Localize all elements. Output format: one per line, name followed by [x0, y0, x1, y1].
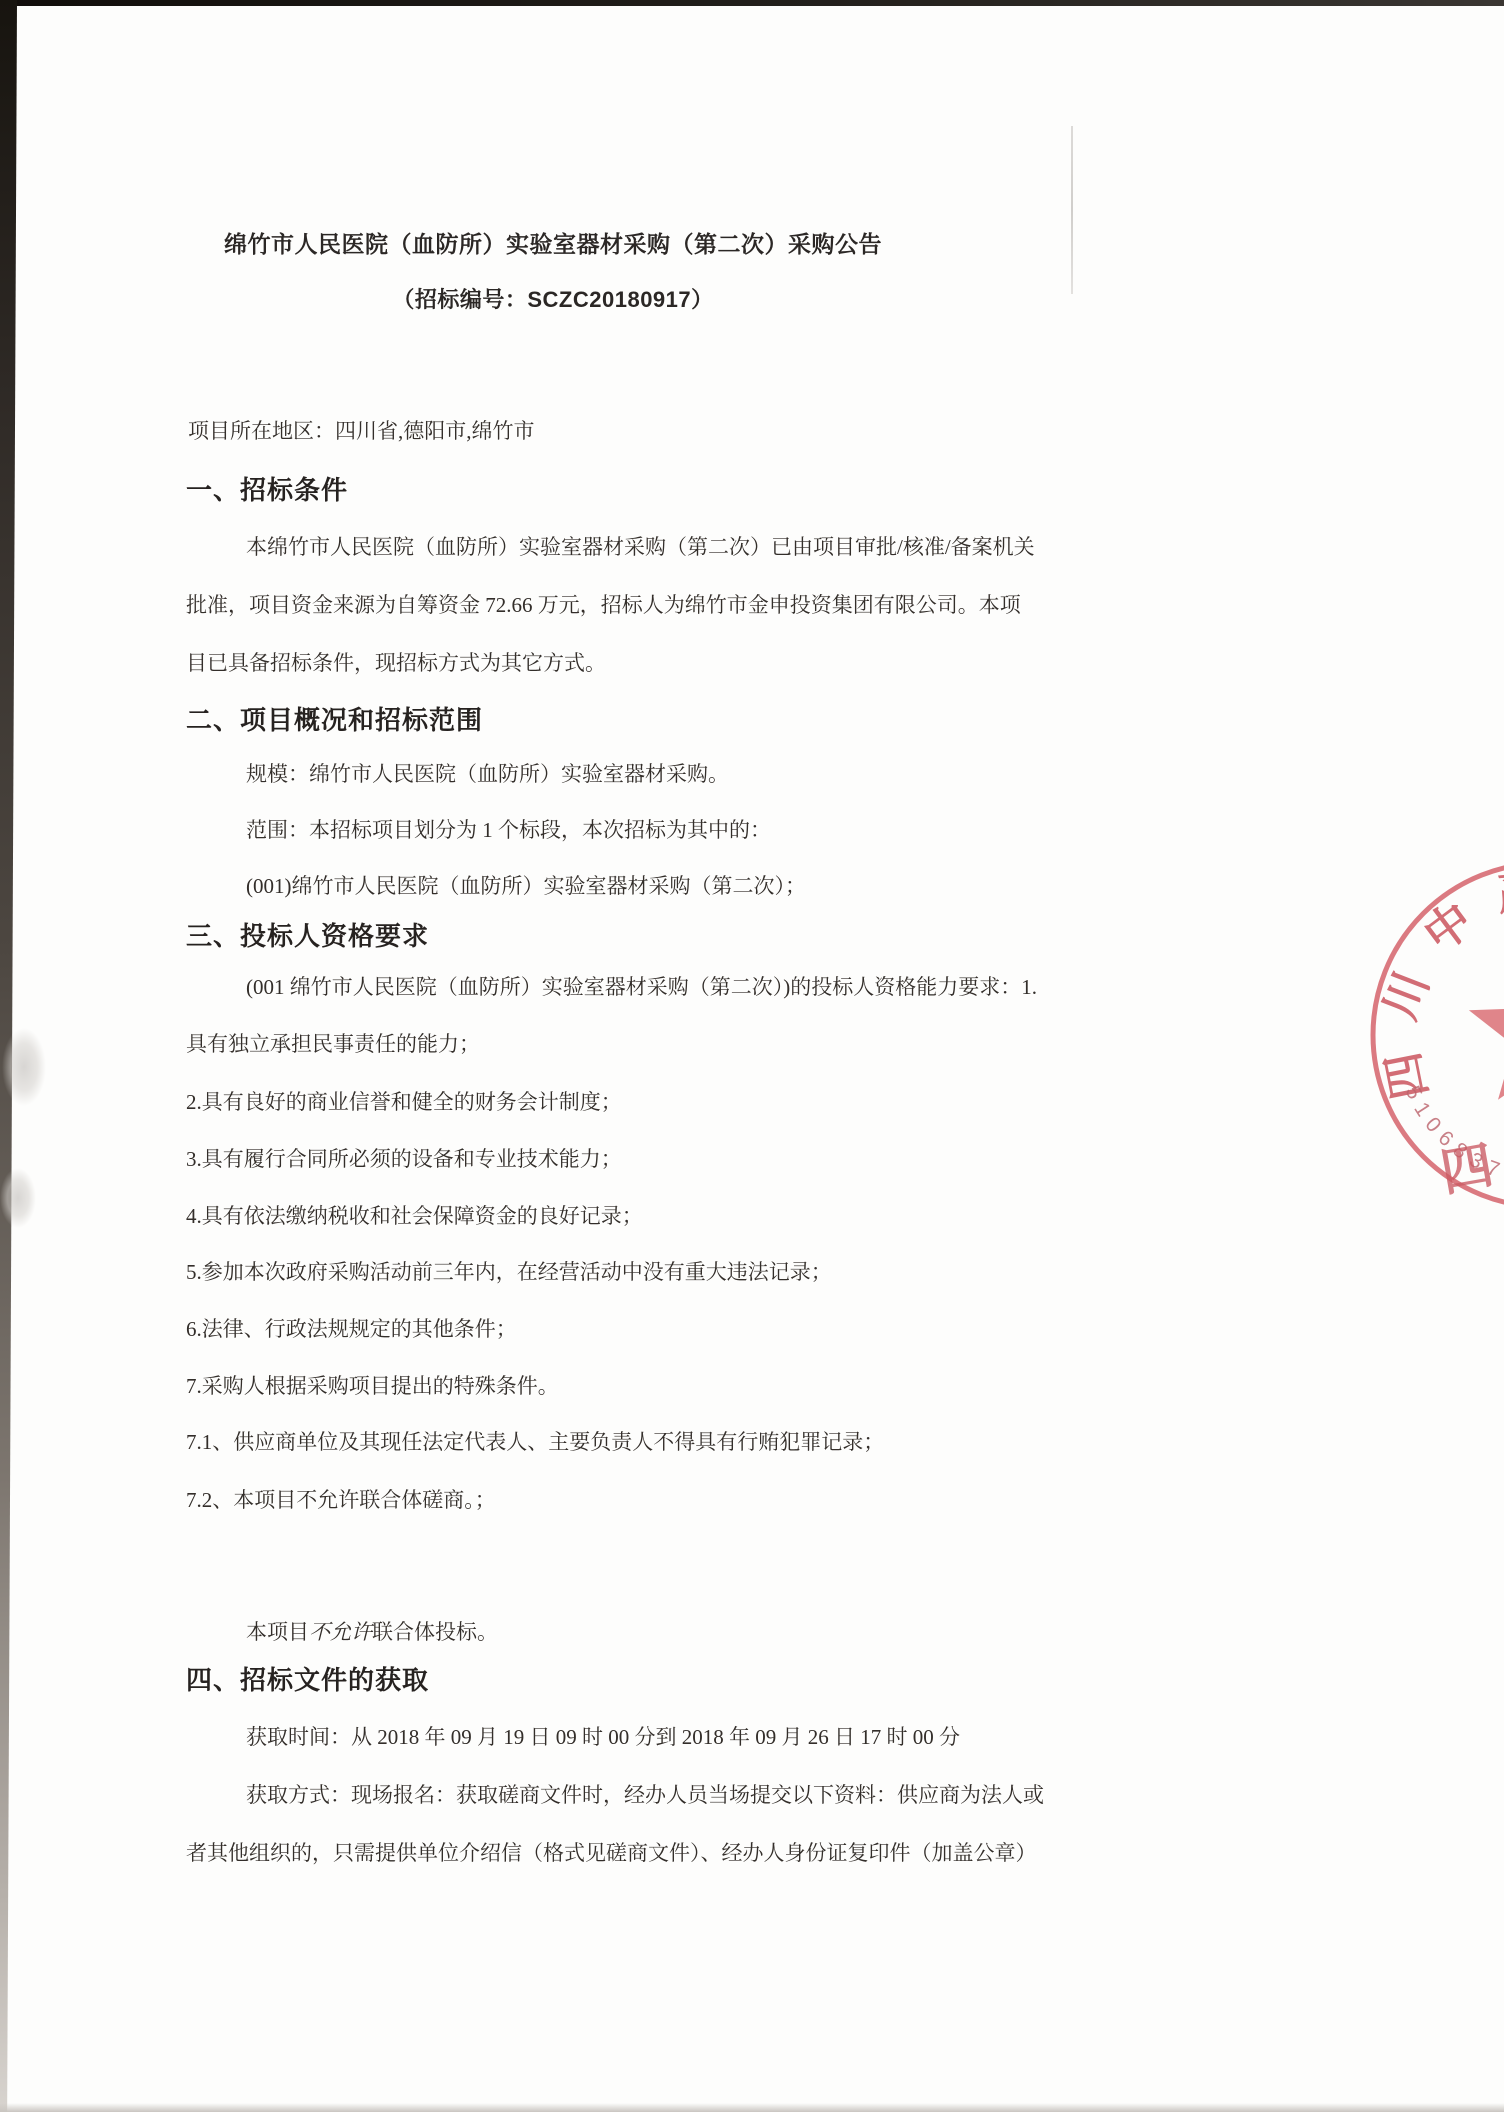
obtain-method-line2: 者其他组织的，只需提供单位介绍信（格式见磋商文件）、经办人身份证复印件（加盖公章…	[186, 1836, 1037, 1870]
section2-lot-line: (001)绵竹市人民医院（血防所）实验室器材采购（第二次）；	[246, 869, 806, 903]
jv-suffix: 联合体投标。	[372, 1620, 498, 1644]
obtain-method-line1: 获取方式：现场报名：获取磋商文件时，经办人员当场提交以下资料：供应商为法人或	[246, 1778, 1044, 1812]
qualification-item: 7.采购人根据采购项目提出的特殊条件。	[186, 1369, 559, 1403]
scan-smudge	[0, 1168, 36, 1228]
obtain-time-line: 获取时间：从 2018 年 09 月 19 日 09 时 00 分到 2018 …	[246, 1720, 960, 1754]
section2-scope-line: 范围：本招标项目划分为 1 个标段，本次招标为其中的：	[246, 813, 771, 847]
stamp-star-icon	[1469, 955, 1504, 1100]
scanned-document-page: 绵竹市人民医院（血防所）实验室器材采购（第二次）采购公告 （招标编号：SCZC2…	[0, 0, 1504, 2112]
section2-scale-line: 规模：绵竹市人民医院（血防所）实验室器材采购。	[246, 757, 729, 791]
section1-line2: 批准，项目资金来源为自筹资金 72.66 万元，招标人为绵竹市金申投资集团有限公…	[186, 588, 1021, 622]
qualification-item: 6.法律、行政法规规定的其他条件；	[186, 1312, 517, 1346]
jv-prefix: 本项目	[246, 1620, 309, 1644]
qualification-intro-line2: 具有独立承担民事责任的能力；	[186, 1027, 480, 1061]
joint-venture-note: 本项目不允许联合体投标。	[246, 1615, 498, 1649]
doc-subtitle-tender-number: （招标编号：SCZC20180917）	[0, 283, 1106, 314]
qualification-item: 7.2、本项目不允许联合体磋商。；	[186, 1483, 496, 1517]
section1-heading: 一、招标条件	[186, 472, 348, 508]
scan-edge-top	[0, 0, 1504, 6]
section1-line3: 目已具备招标条件，现招标方式为其它方式。	[186, 646, 606, 680]
section4-heading: 四、招标文件的获取	[186, 1662, 429, 1698]
doc-title: 绵竹市人民医院（血防所）实验室器材采购（第二次）采购公告	[0, 226, 1106, 259]
scan-edge-bottom	[0, 2103, 1504, 2112]
scan-smudge	[2, 1028, 46, 1106]
section2-heading: 二、项目概况和招标范围	[186, 702, 483, 738]
stamp-partial-character: 四	[1436, 1137, 1497, 1203]
qualification-item: 4.具有依法缴纳税收和社会保障资金的良好记录；	[186, 1199, 643, 1233]
paper-crease	[1071, 126, 1073, 294]
qualification-item: 5.参加本次政府采购活动前三年内，在经营活动中没有重大违法记录；	[186, 1255, 832, 1289]
qualification-intro-line1: (001 绵竹市人民医院（血防所）实验室器材采购（第二次）)的投标人资格能力要求…	[246, 970, 1037, 1004]
project-location-line: 项目所在地区：四川省,德阳市,绵竹市	[188, 414, 535, 448]
section3-heading: 三、投标人资格要求	[186, 918, 429, 954]
qualification-item: 2.具有良好的商业信誉和健全的财务会计制度；	[186, 1085, 622, 1119]
section1-line1: 本绵竹市人民医院（血防所）实验室器材采购（第二次）已由项目审批/核准/备案机关	[246, 530, 1035, 564]
official-red-stamp: 四川中赢 5106837007330 四	[1345, 835, 1504, 1235]
jv-not-allowed-emphasis: 不允许	[309, 1620, 372, 1644]
qualification-item: 3.具有履行合同所必须的设备和专业技术能力；	[186, 1142, 622, 1176]
qualification-item: 7.1、供应商单位及其现任法定代表人、主要负责人不得具有行贿犯罪记录；	[186, 1425, 884, 1459]
